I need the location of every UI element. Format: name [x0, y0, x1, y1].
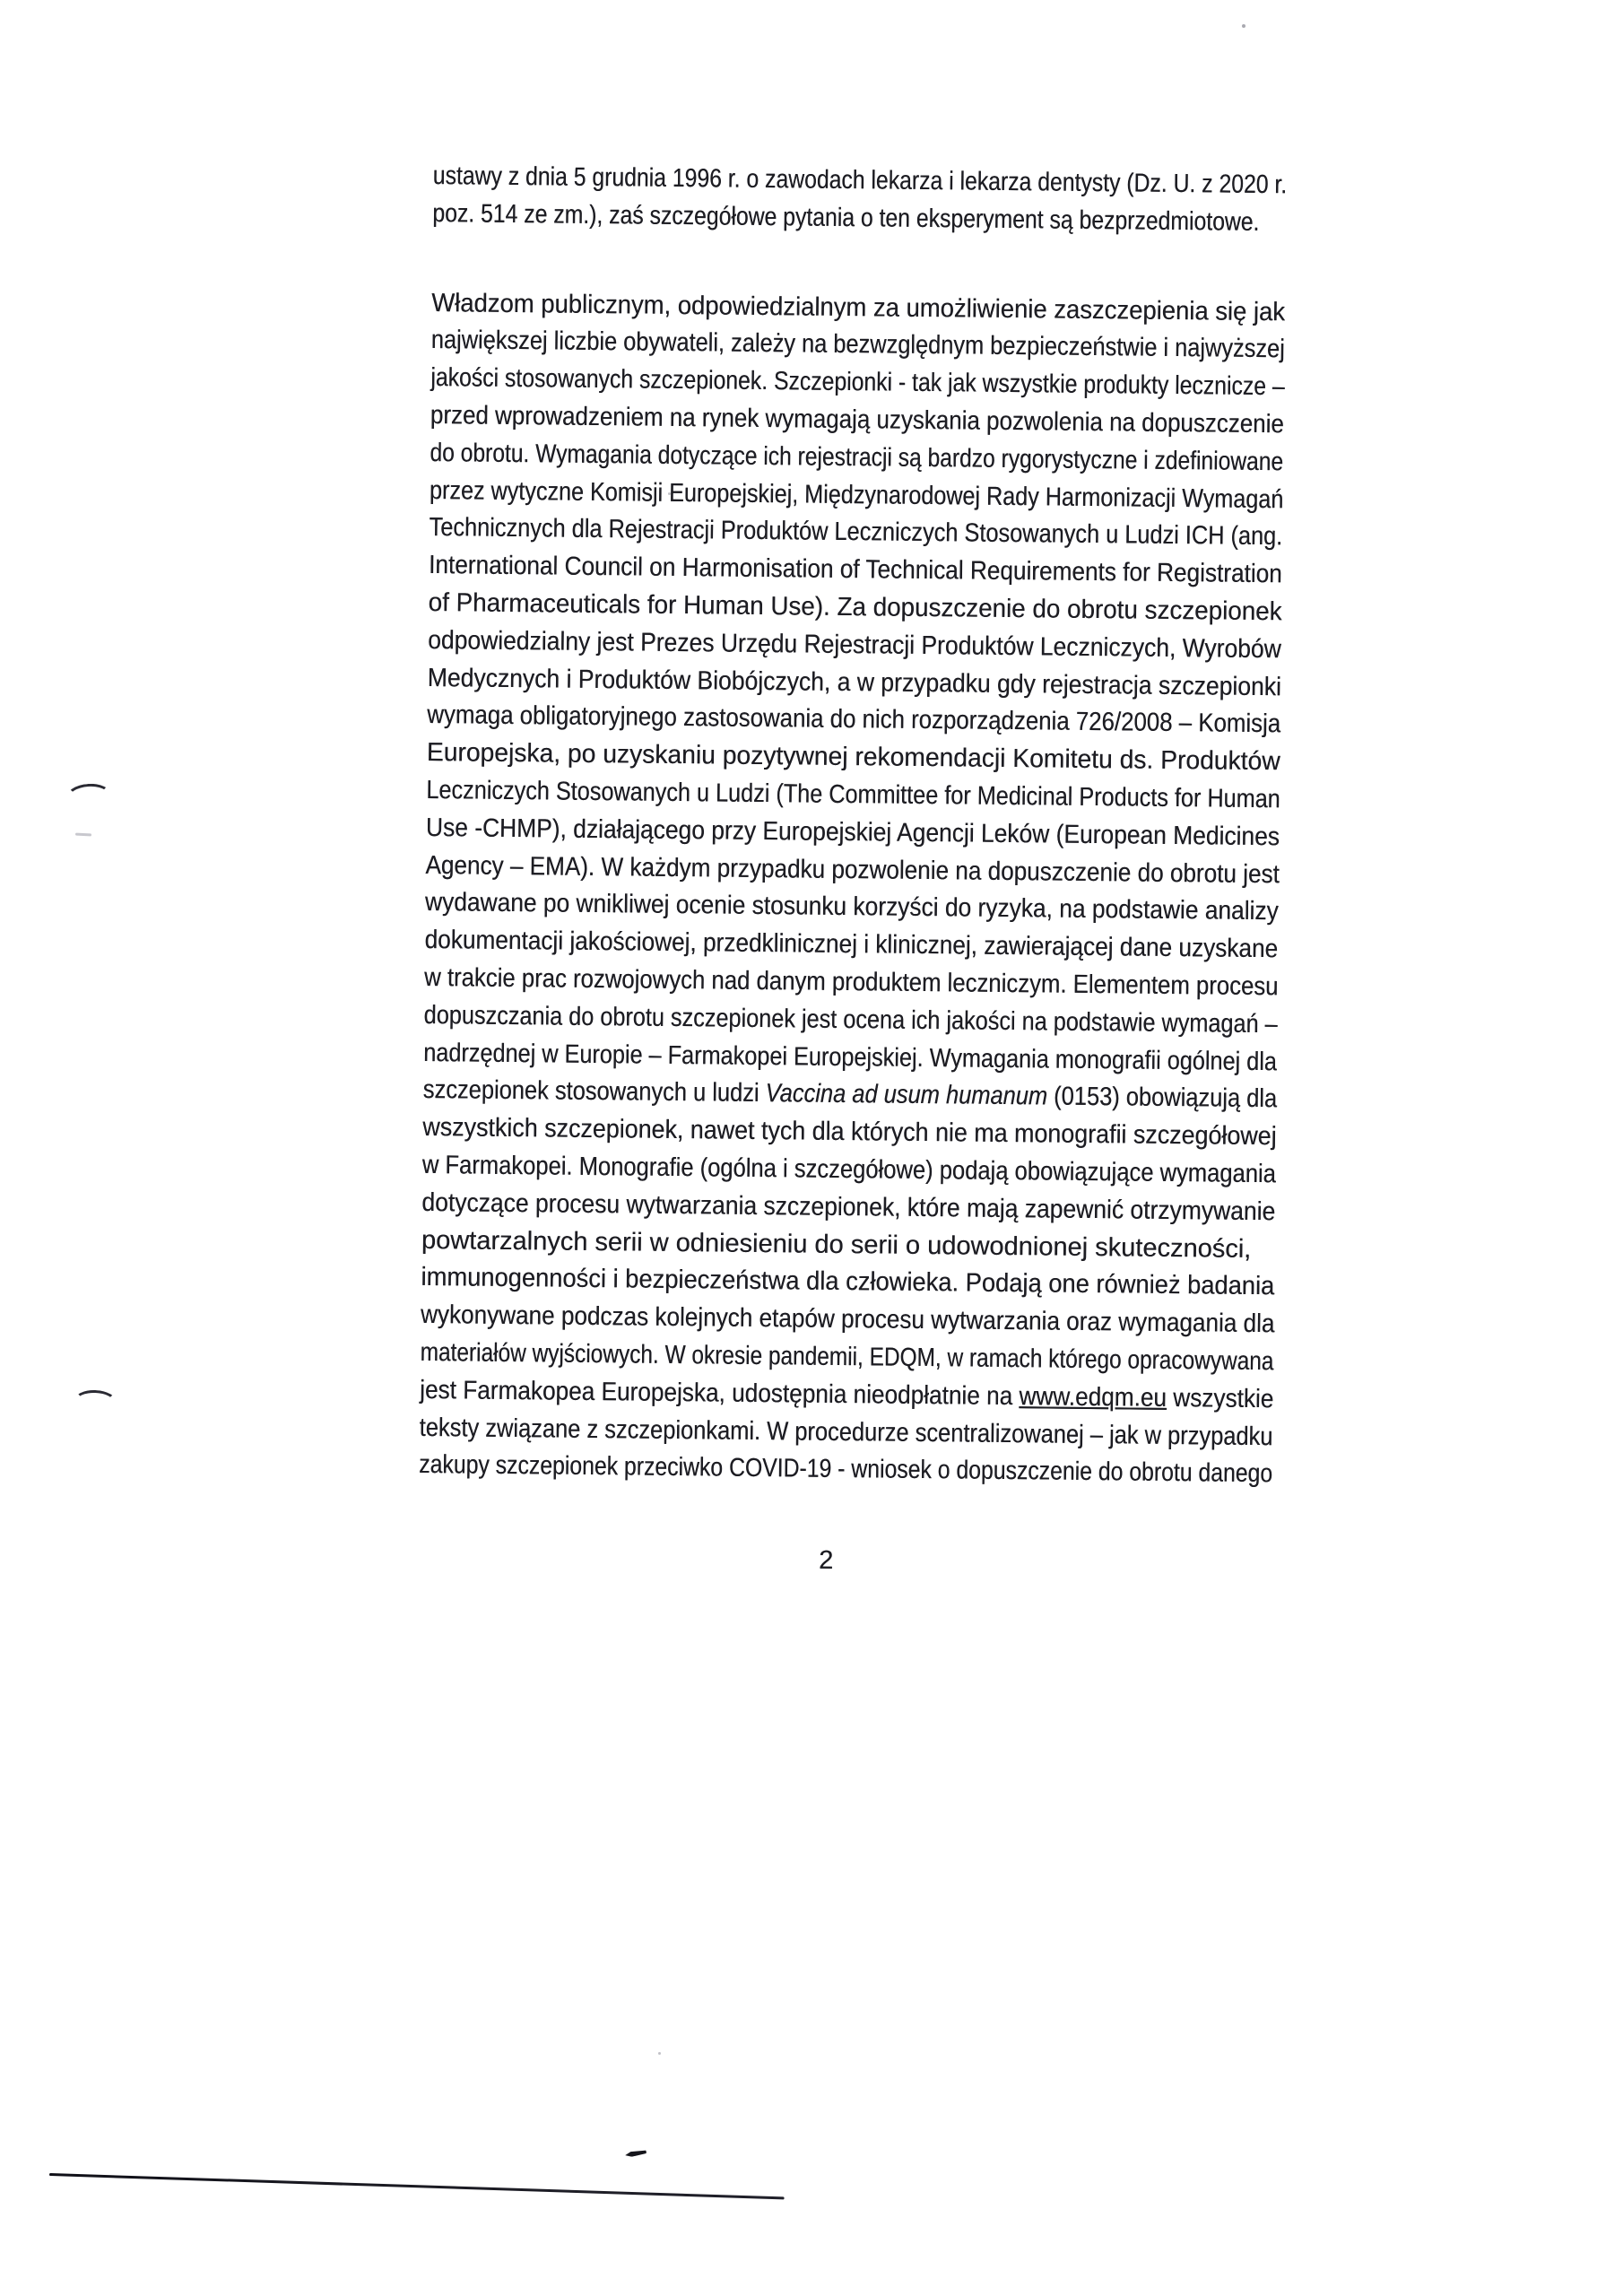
text-run: materiałów wyjściowych. W okresie pandem… — [420, 1338, 1273, 1376]
text-run: Leczniczych Stosowanych u Ludzi (The Com… — [426, 776, 1280, 813]
edqm-url-text: www.edqm.eu — [1019, 1382, 1167, 1413]
text-run: ustawy z dnia 5 grudnia 1996 r. o zawoda… — [433, 161, 1288, 199]
text-run: dokumentacji jakościowej, przedkliniczne… — [424, 926, 1278, 963]
text-run: immunogenności i bezpieczeństwa dla czło… — [421, 1263, 1274, 1300]
text-run: Władzom publicznym, odpowiedzialnym za u… — [431, 289, 1285, 326]
text-run: teksty związane z szczepionkami. W proce… — [420, 1413, 1273, 1450]
text-run: International Council on Harmonisation o… — [429, 551, 1282, 588]
text-run: największej liczbie obywateli, zależy na… — [431, 326, 1285, 363]
text-run: przed wprowadzeniem na rynek wymagają uz… — [430, 401, 1284, 439]
text-run: dopuszczania do obrotu szczepionek jest … — [423, 1001, 1277, 1039]
text-line: poz. 514 ze zm.), zaś szczegółowe pytani… — [432, 196, 1161, 241]
text-run: wszystkich szczepionek, nawet tych dla k… — [422, 1113, 1277, 1151]
text-run: zakupy szczepionek przeciwko COVID-19 - … — [419, 1450, 1272, 1488]
text-run: wydawane po wnikliwej ocenie stosunku ko… — [425, 888, 1279, 926]
text-run: Agency – EMA). W każdym przypadku pozwol… — [425, 851, 1280, 889]
page-number: 2 — [819, 1548, 833, 1574]
text-run: wykonywane podczas kolejnych etapów proc… — [421, 1300, 1275, 1338]
text-run: do obrotu. Wymagania dotyczące ich rejes… — [430, 439, 1283, 476]
scanned-document-page: { "page": { "number": "2", "ink_color": … — [0, 0, 1623, 2296]
text-run: wszystkie — [1167, 1384, 1274, 1413]
text-run: przez wytyczne Komisji Europejskiej, Mię… — [430, 476, 1284, 514]
scan-speck — [658, 2052, 661, 2055]
text-run: powtarzalnych serii w odniesieniu do ser… — [421, 1225, 1252, 1263]
text-run: szczepionek stosowanych u ludzi — [423, 1075, 766, 1108]
text-run: jest Farmakopea Europejska, udostępnia n… — [420, 1376, 1020, 1411]
paragraph: ustawy z dnia 5 grudnia 1996 r. o zawoda… — [432, 158, 1287, 242]
text-run: jakości stosowanych szczepionek. Szczepi… — [430, 363, 1285, 401]
italic-text-run: Vaccina ad usum humanum — [765, 1079, 1047, 1110]
margin-dash-mark — [75, 833, 91, 837]
scan-speck — [668, 492, 671, 495]
text-run: poz. 514 ze zm.), zaś szczegółowe pytani… — [432, 199, 1259, 237]
text-run: w Farmakopei. Monografie (ogólna i szcze… — [422, 1151, 1276, 1188]
text-column: 2 ustawy z dnia 5 grudnia 1996 r. o zawo… — [419, 158, 1287, 1493]
bottom-dash-mark — [625, 2149, 647, 2158]
text-run: Use -CHMP), działającego przy Europejski… — [426, 813, 1280, 851]
bottom-rule-line — [49, 2173, 785, 2200]
scan-speck — [1242, 24, 1245, 28]
margin-arc-mark-lower — [74, 1389, 117, 1414]
text-run: odpowiedzialny jest Prezes Urzędu Rejest… — [428, 626, 1281, 664]
text-run: of Pharmaceuticals for Human Use). Za do… — [428, 588, 1281, 626]
text-run: Medycznych i Produktów Biobójczych, a w … — [428, 664, 1282, 701]
text-run: (0153) obowiązują dla — [1047, 1083, 1277, 1114]
text-line: zakupy szczepionek przeciwko COVID-19 - … — [419, 1447, 1149, 1492]
margin-arc-mark-upper — [65, 782, 112, 810]
paragraph: Władzom publicznym, odpowiedzialnym za u… — [419, 285, 1285, 1494]
text-run: nadrzędnej w Europie – Farmakopei Europe… — [423, 1038, 1277, 1075]
text-run: Europejska, po uzyskaniu pozytywnej reko… — [427, 738, 1280, 776]
text-run: Technicznych dla Rejestracji Produktów L… — [429, 513, 1282, 551]
text-run: dotyczące procesu wytwarzania szczepione… — [421, 1188, 1275, 1226]
text-run: w trakcie prac rozwojowych nad danym pro… — [424, 963, 1279, 1001]
text-run: wymaga obligatoryjnego zastosowania do n… — [427, 700, 1280, 738]
